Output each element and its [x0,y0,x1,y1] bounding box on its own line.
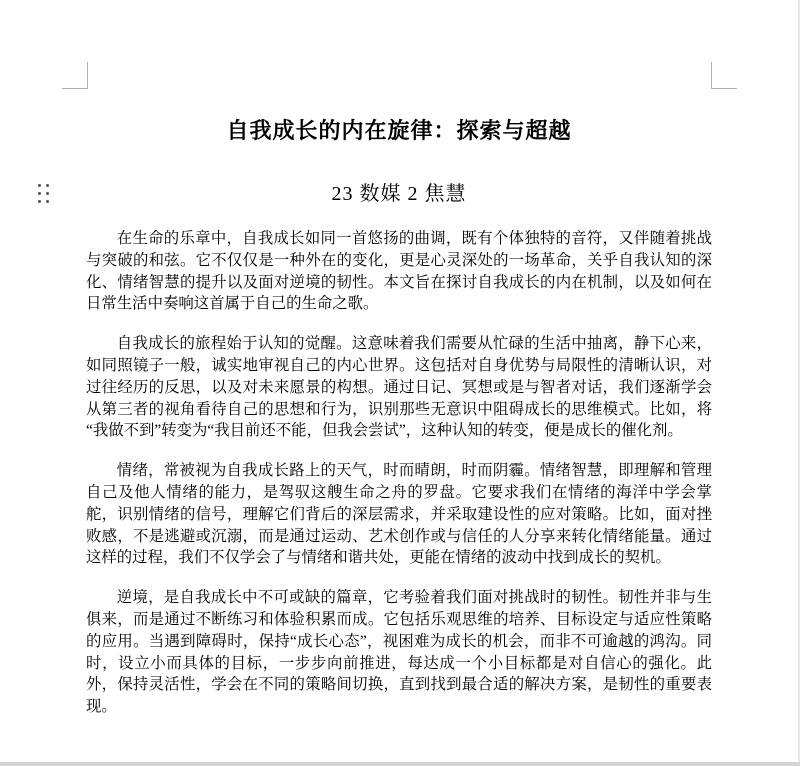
bottom-edge-bar [0,762,800,766]
document-page: 自我成长的内在旋律：探索与超越 23 数媒 2 焦慧 在生命的乐章中，自我成长如… [86,0,712,736]
document-byline[interactable]: 23 数媒 2 焦慧 [86,183,712,206]
paragraph-3[interactable]: 情绪，常被视为自我成长路上的天气，时而晴朗，时而阴霾。情绪智慧，即理解和管理自己… [86,460,712,569]
boundary-line-horizontal [62,88,88,89]
document-body: 在生命的乐章中，自我成长如同一首悠扬的曲调，既有个体独特的音符，又伴随着挑战与突… [86,228,712,718]
document-canvas: 自我成长的内在旋律：探索与超越 23 数媒 2 焦慧 在生命的乐章中，自我成长如… [0,0,800,766]
document-title[interactable]: 自我成长的内在旋律：探索与超越 [86,117,712,145]
paragraph-4[interactable]: 逆境，是自我成长中不可或缺的篇章，它考验着我们面对挑战时的韧性。韧性并非与生俱来… [86,587,712,718]
boundary-line-horizontal [711,88,737,89]
drag-handle-icon[interactable] [38,184,49,203]
paragraph-1[interactable]: 在生命的乐章中，自我成长如同一首悠扬的曲调，既有个体独特的音符，又伴随着挑战与突… [86,228,712,315]
paragraph-2[interactable]: 自我成长的旅程始于认知的觉醒。这意味着我们需要从忙碌的生活中抽离，静下心来，如同… [86,333,712,442]
